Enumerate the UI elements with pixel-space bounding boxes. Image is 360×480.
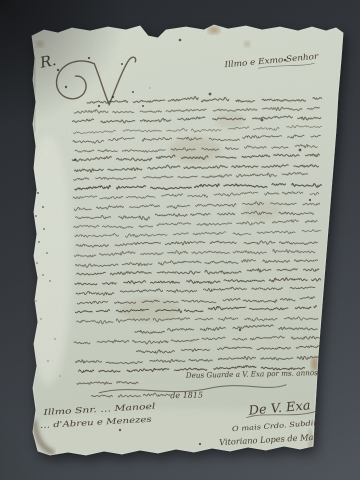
ink-speck [112, 96, 114, 98]
ink-speck [142, 105, 144, 107]
ink-speck [57, 69, 59, 71]
ink-speck [46, 252, 48, 254]
ink-speck [284, 59, 287, 62]
ink-speck [132, 91, 134, 93]
ink-speck [149, 87, 150, 88]
ink-speck [54, 338, 55, 339]
ink-speck [119, 429, 121, 431]
ink-speck [37, 192, 39, 194]
manuscript-photo: R. Illmo e Exmo Senhor Deus Guarde a V. … [0, 0, 360, 480]
foxing-stain [36, 41, 44, 47]
foxing-stain [216, 112, 244, 128]
ink-speck [59, 375, 60, 376]
registration-mark: R. [37, 51, 57, 72]
ink-speck [42, 274, 43, 275]
ink-speck [36, 262, 38, 264]
ink-speck [65, 86, 67, 88]
ink-speck [209, 93, 212, 96]
ink-speck [199, 443, 201, 445]
ink-speck [239, 329, 241, 331]
ink-speck [38, 241, 40, 243]
ink-speck [299, 149, 302, 152]
ink-speck [309, 199, 311, 201]
ink-speck [98, 105, 100, 107]
ink-speck [179, 39, 182, 42]
ink-speck [88, 57, 90, 59]
ink-speck [43, 228, 45, 230]
ink-speck [42, 206, 44, 208]
foxing-stain [244, 41, 250, 47]
ink-speck [35, 215, 37, 217]
ink-speck [261, 119, 264, 122]
ink-speck [74, 159, 76, 161]
ink-speck [40, 318, 41, 319]
manuscript-scene: R. Illmo e Exmo Senhor Deus Guarde a V. … [0, 0, 360, 480]
ink-speck [47, 360, 48, 361]
ink-speck [121, 63, 123, 65]
ink-speck [49, 280, 50, 281]
ink-speck [35, 300, 36, 301]
foxing-stain [208, 26, 220, 34]
